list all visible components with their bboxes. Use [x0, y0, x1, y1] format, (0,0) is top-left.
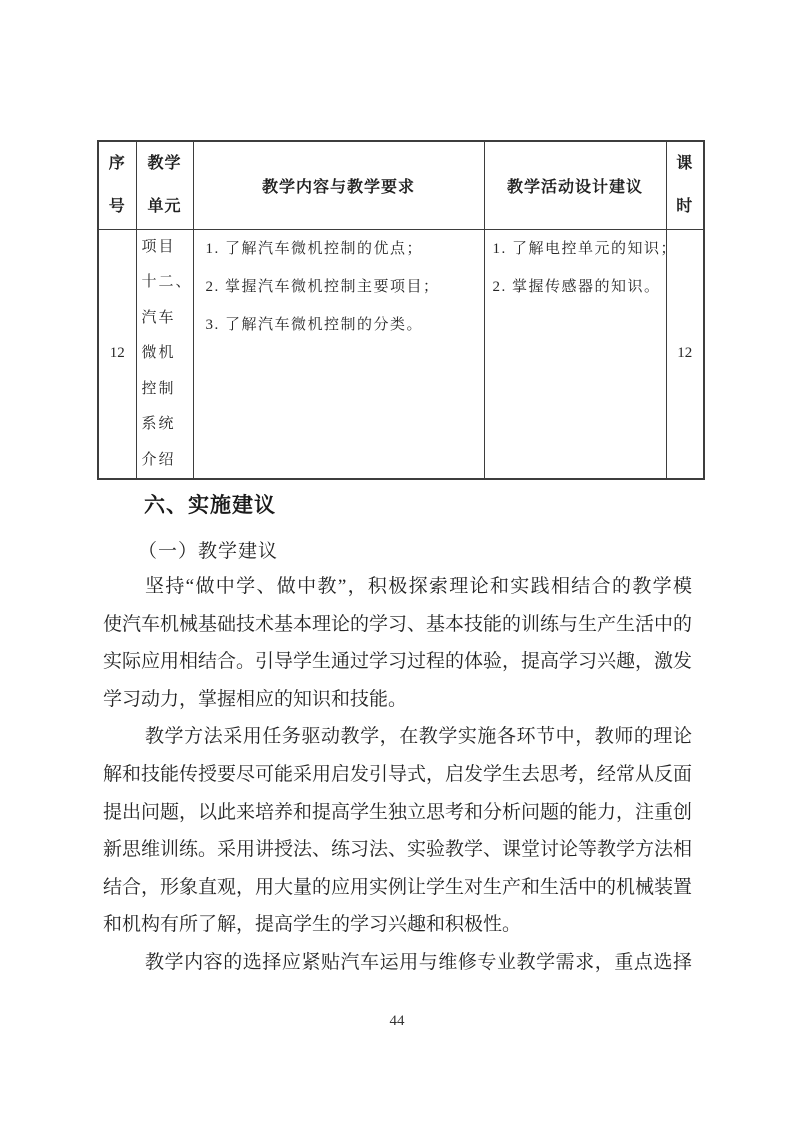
table-row: 12 项目 十二、 汽车 微机 控制 系统 介绍 1. 了解汽车微机控制的优点；…	[98, 229, 704, 479]
header-content: 教学内容与教学要求	[193, 141, 484, 229]
paragraph-line: 实际应用相结合。引导学生通过学习过程的体验，提高学习兴趣，激发	[103, 643, 692, 681]
content-item: 3. 了解汽车微机控制的分类。	[194, 306, 484, 344]
paragraph-line: 学习动力，掌握相应的知识和技能。	[103, 681, 692, 719]
page-number: 44	[0, 1013, 794, 1030]
header-unit-line1: 教学	[137, 142, 193, 185]
cell-unit: 项目 十二、 汽车 微机 控制 系统 介绍	[136, 229, 193, 479]
unit-line: 系统	[137, 407, 193, 443]
section-heading: 六、实施建议	[144, 489, 276, 519]
header-activity: 教学活动设计建议	[484, 141, 666, 229]
unit-line: 项目	[137, 230, 193, 266]
content-item: 1. 了解汽车微机控制的优点；	[194, 230, 484, 268]
paragraph-line: 新思维训练。采用讲授法、练习法、实验教学、课堂讨论等教学方法相	[103, 831, 692, 869]
paragraph-line: 和机构有所了解，提高学生的学习兴趣和积极性。	[103, 906, 692, 944]
unit-line: 微机	[137, 336, 193, 372]
cell-activity: 1. 了解电控单元的知识； 2. 掌握传感器的知识。	[484, 229, 666, 479]
document-page: 序 号 教学 单元 教学内容与教学要求 教学活动设计建议 课 时	[0, 0, 794, 1122]
paragraph-line: 提出问题，以此来培养和提高学生独立思考和分析问题的能力，注重创	[103, 794, 692, 832]
header-seq-line2: 号	[99, 185, 136, 228]
header-seq: 序 号	[98, 141, 136, 229]
activity-item: 1. 了解电控单元的知识；	[485, 230, 666, 268]
paragraph-line: 坚持“做中学、做中教”，积极探索理论和实践相结合的教学模式，	[103, 568, 692, 606]
paragraph-line: 结合，形象直观，用大量的应用实例让学生对生产和生活中的机械装置	[103, 869, 692, 907]
cell-hours: 12	[666, 229, 704, 479]
body-text: 坚持“做中学、做中教”，积极探索理论和实践相结合的教学模式， 使汽车机械基础技术…	[103, 568, 692, 982]
table-header-row: 序 号 教学 单元 教学内容与教学要求 教学活动设计建议 课 时	[98, 141, 704, 229]
unit-line: 汽车	[137, 301, 193, 337]
header-hours-stack: 课 时	[667, 142, 704, 229]
unit-line: 介绍	[137, 443, 193, 479]
header-hours-line1: 课	[667, 142, 704, 185]
paragraph-line: 使汽车机械基础技术基本理论的学习、基本技能的训练与生产生活中的	[103, 606, 692, 644]
header-unit-line2: 单元	[137, 185, 193, 228]
cell-seq: 12	[98, 229, 136, 479]
content-item: 2. 掌握汽车微机控制主要项目；	[194, 268, 484, 306]
unit-line: 控制	[137, 372, 193, 408]
header-unit: 教学 单元	[136, 141, 193, 229]
subsection-heading: （一）教学建议	[138, 536, 278, 563]
header-seq-line1: 序	[99, 142, 136, 185]
paragraph-line: 教学方法采用任务驱动教学，在教学实施各环节中，教师的理论讲	[103, 718, 692, 756]
header-unit-stack: 教学 单元	[137, 142, 193, 229]
paragraph-line: 解和技能传授要尽可能采用启发引导式，启发学生去思考，经常从反面	[103, 756, 692, 794]
header-hours: 课 时	[666, 141, 704, 229]
cell-content: 1. 了解汽车微机控制的优点； 2. 掌握汽车微机控制主要项目； 3. 了解汽车…	[193, 229, 484, 479]
header-hours-line2: 时	[667, 185, 704, 228]
paragraph-line: 教学内容的选择应紧贴汽车运用与维修专业教学需求，重点选择与	[103, 944, 692, 982]
teaching-unit-table: 序 号 教学 单元 教学内容与教学要求 教学活动设计建议 课 时	[97, 140, 705, 480]
unit-line: 十二、	[137, 265, 193, 301]
header-seq-stack: 序 号	[99, 142, 136, 229]
activity-item: 2. 掌握传感器的知识。	[485, 268, 666, 306]
